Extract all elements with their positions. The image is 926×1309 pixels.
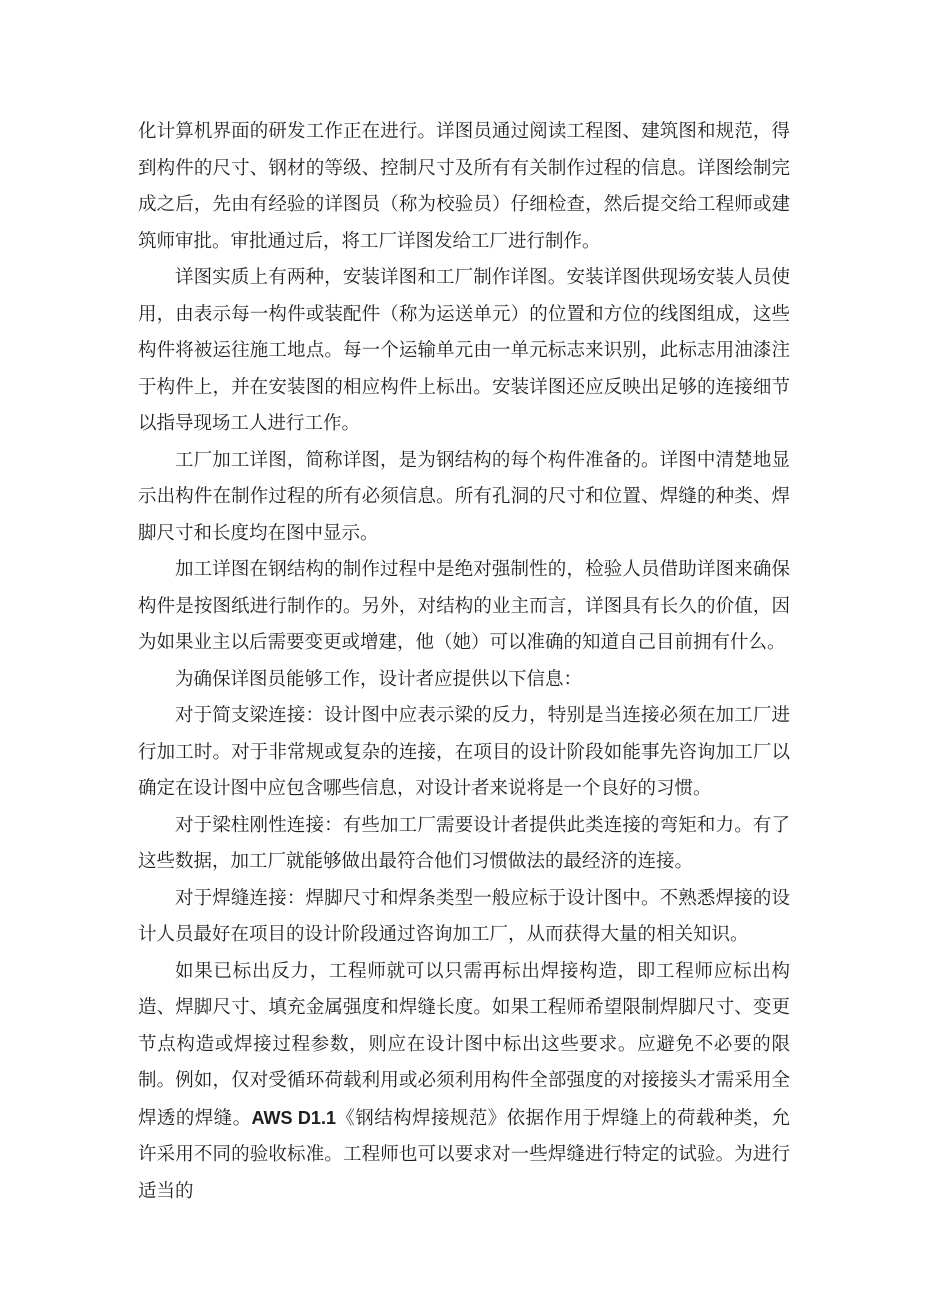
- paragraph-text: 如果已标出反力，工程师就可以只需再标出焊接构造，即工程师应标出构造、焊脚尺寸、填…: [138, 962, 790, 1129]
- paragraph: 对于简支梁连接：设计图中应表示梁的反力，特别是当连接必须在加工厂进行加工时。对于…: [138, 698, 790, 808]
- paragraph-text: 工厂加工详图，简称详图，是为钢结构的每个构件准备的。详图中清楚地显示出构件在制作…: [138, 451, 790, 544]
- document-page: 化计算机界面的研发工作正在进行。详图员通过阅读工程图、建筑图和规范，得到构件的尺…: [0, 0, 926, 1309]
- paragraph-text: 化计算机界面的研发工作正在进行。详图员通过阅读工程图、建筑图和规范，得到构件的尺…: [138, 122, 790, 252]
- paragraph: 对于焊缝连接：焊脚尺寸和焊条类型一般应标于设计图中。不熟悉焊接的设计人员最好在项…: [138, 881, 790, 954]
- paragraph-text: 对于简支梁连接：设计图中应表示梁的反力，特别是当连接必须在加工厂进行加工时。对于…: [138, 706, 790, 799]
- paragraph-text: 对于焊缝连接：焊脚尺寸和焊条类型一般应标于设计图中。不熟悉焊接的设计人员最好在项…: [138, 889, 790, 946]
- paragraph: 对于梁柱刚性连接：有些加工厂需要设计者提供此类连接的弯矩和力。有了这些数据，加工…: [138, 808, 790, 881]
- paragraph-text: 详图实质上有两种，安装详图和工厂制作详图。安装详图供现场安装人员使用，由表示每一…: [138, 268, 790, 434]
- paragraph: 化计算机界面的研发工作正在进行。详图员通过阅读工程图、建筑图和规范，得到构件的尺…: [138, 114, 790, 260]
- paragraph-text: 加工详图在钢结构的制作过程中是绝对强制性的，检验人员借助详图来确保构件是按图纸进…: [138, 560, 790, 653]
- document-body: 化计算机界面的研发工作正在进行。详图员通过阅读工程图、建筑图和规范，得到构件的尺…: [138, 114, 790, 1210]
- standard-reference-aws-d1-1: AWS D1.1: [252, 1108, 336, 1128]
- paragraph: 工厂加工详图，简称详图，是为钢结构的每个构件准备的。详图中清楚地显示出构件在制作…: [138, 443, 790, 553]
- paragraph: 为确保详图员能够工作，设计者应提供以下信息：: [138, 662, 790, 699]
- paragraph-text: 对于梁柱刚性连接：有些加工厂需要设计者提供此类连接的弯矩和力。有了这些数据，加工…: [138, 816, 790, 873]
- paragraph-text: 为确保详图员能够工作，设计者应提供以下信息：: [175, 670, 582, 690]
- paragraph: 加工详图在钢结构的制作过程中是绝对强制性的，检验人员借助详图来确保构件是按图纸进…: [138, 552, 790, 662]
- paragraph: 如果已标出反力，工程师就可以只需再标出焊接构造，即工程师应标出构造、焊脚尺寸、填…: [138, 954, 790, 1211]
- paragraph: 详图实质上有两种，安装详图和工厂制作详图。安装详图供现场安装人员使用，由表示每一…: [138, 260, 790, 443]
